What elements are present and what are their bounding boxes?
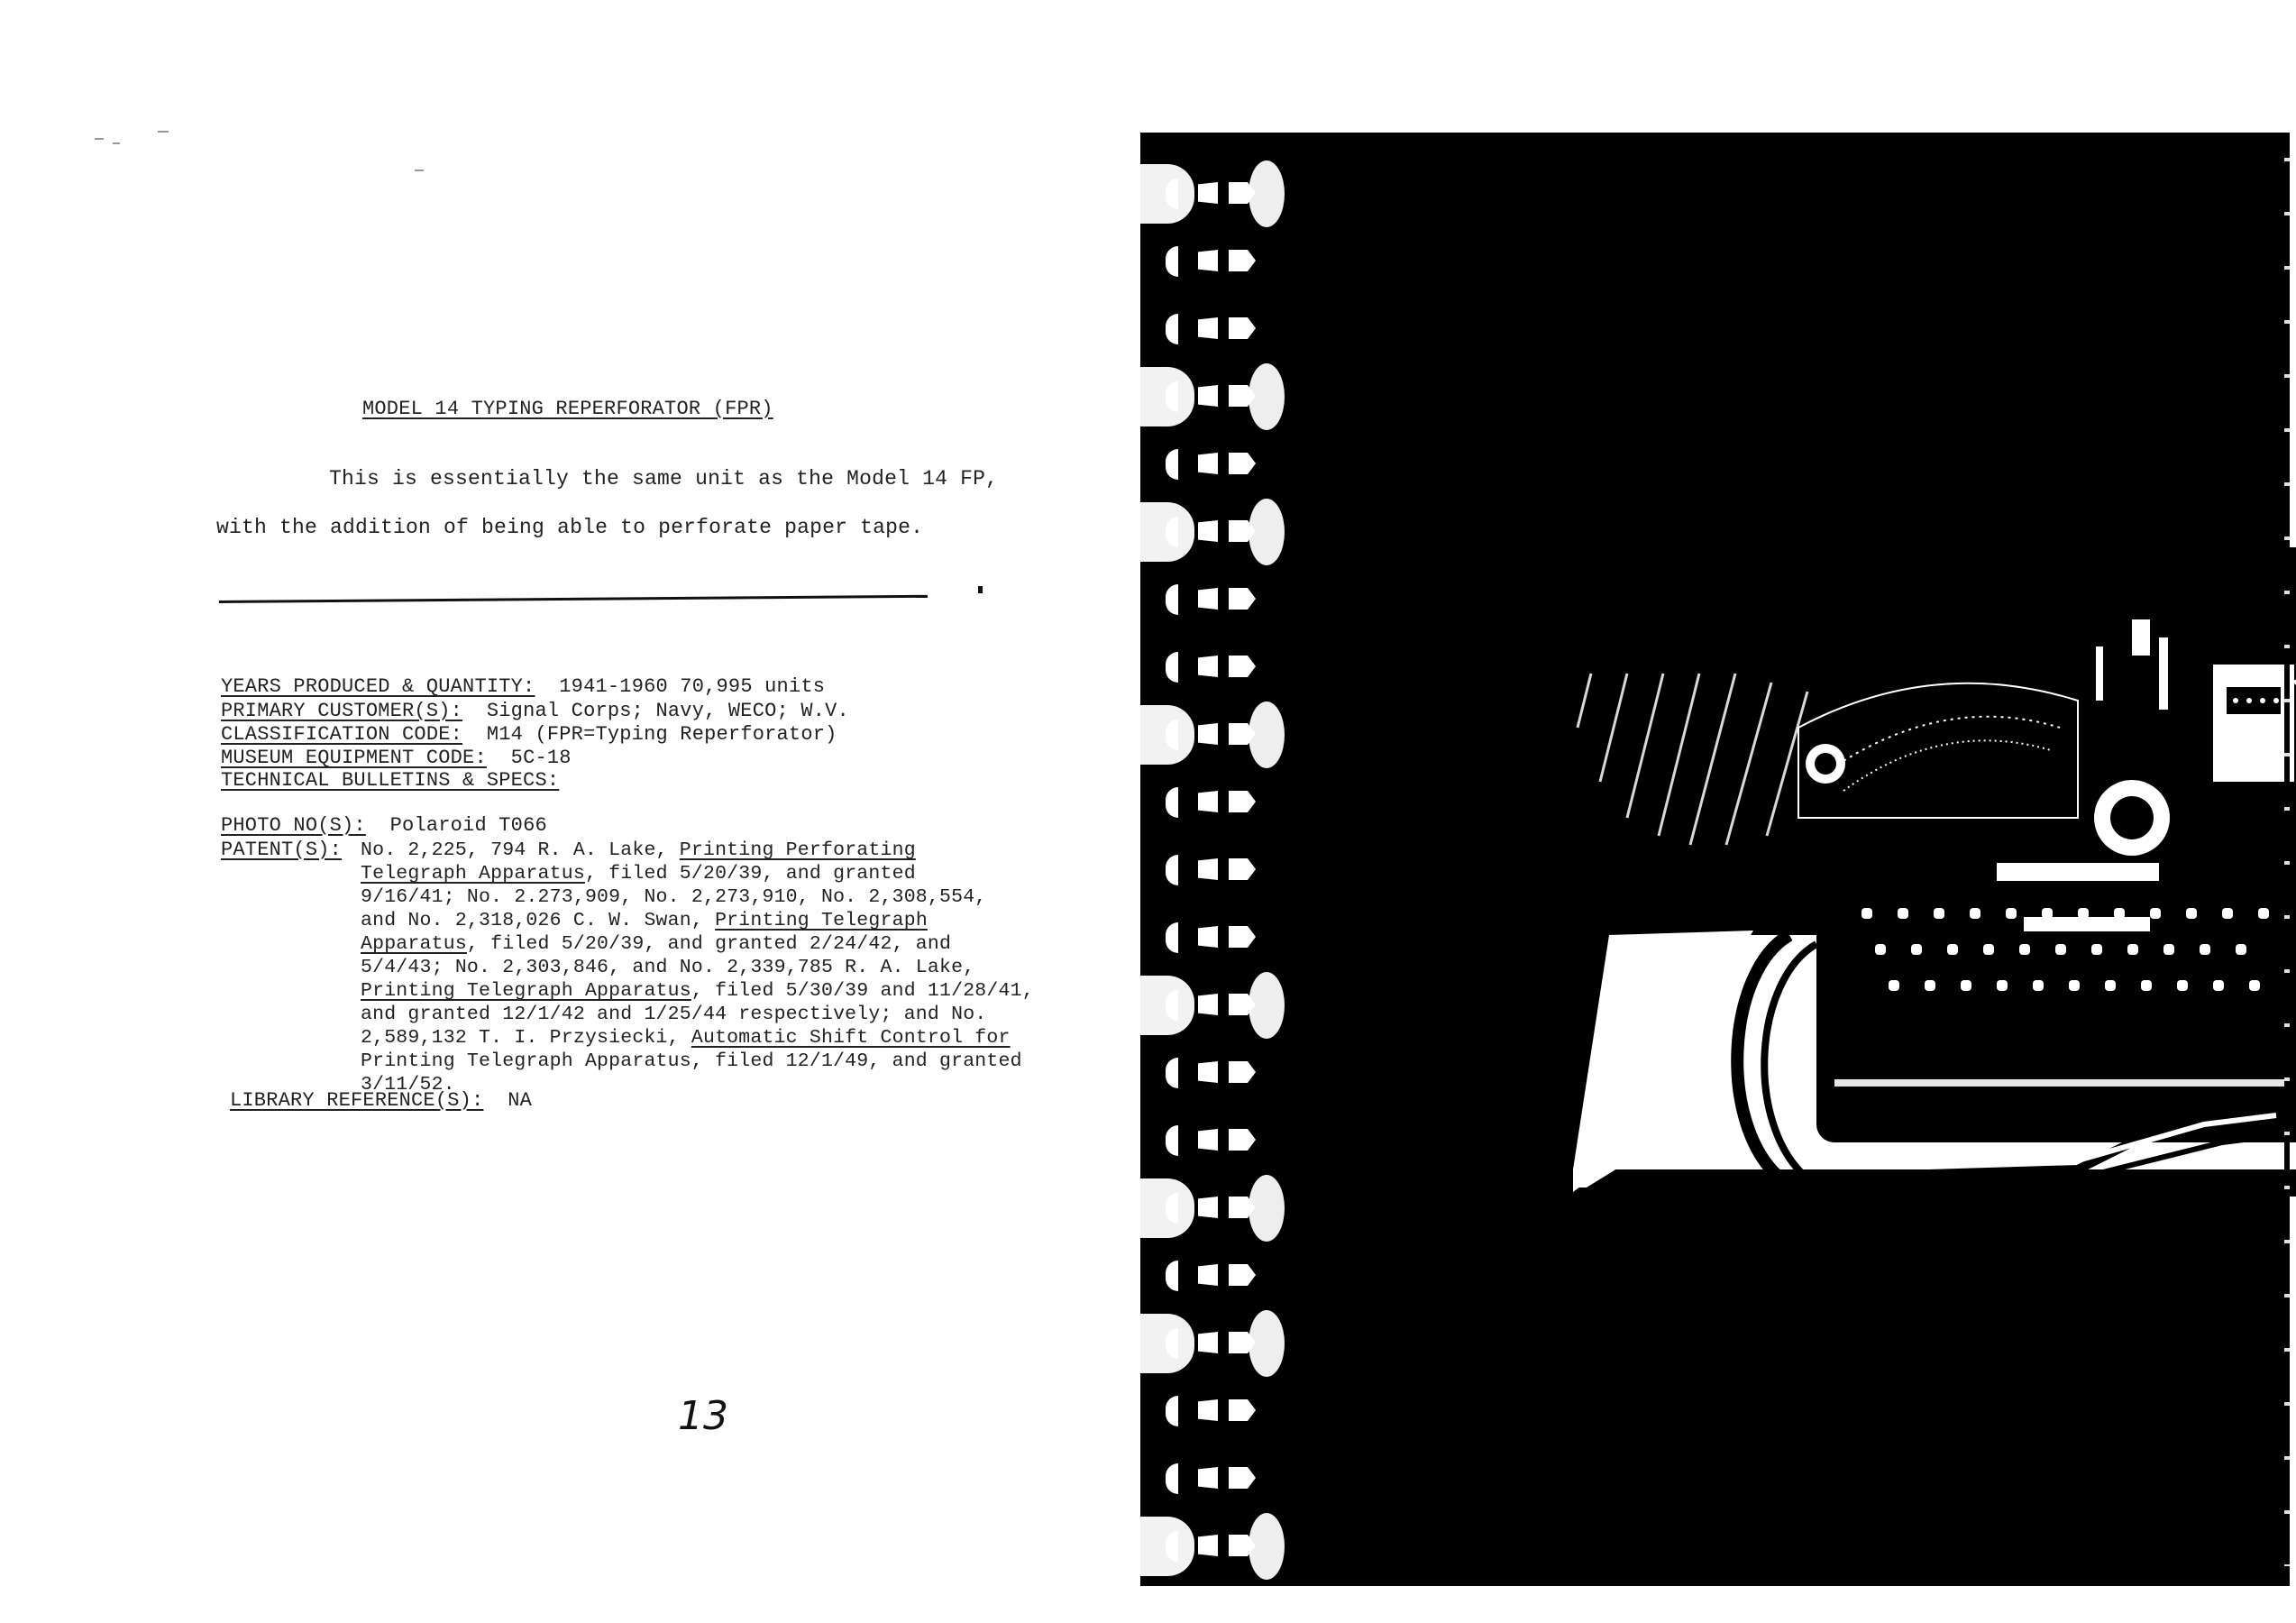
patent-line: 2,589,132 T. I. Przysiecki, Automatic Sh… [361,1026,1011,1050]
document-title: MODEL 14 TYPING REPERFORATOR (FPR) [362,398,773,421]
binding-ring-icon [1166,1526,1265,1567]
scan-edge [2284,142,2290,1566]
binding-ring-icon [1166,376,1265,417]
patent-line: Printing Telegraph Apparatus, filed 5/30… [361,979,1034,1003]
patent-line: 5/4/43; No. 2,303,846, and No. 2,339,785… [361,956,974,979]
binding-ring-icon [1166,308,1265,350]
field-technical-bulletins: TECHNICAL BULLETINS & SPECS: [221,769,559,793]
binding-ring-icon [1166,714,1265,756]
binding-ring-icon [1166,1390,1265,1432]
binding-ring-icon [1166,782,1265,823]
binding-ring-icon [1166,444,1265,485]
photo-page [1140,133,2290,1586]
binding-ring-icon [1166,1323,1265,1364]
typing-reperforator-image [1573,547,2296,1197]
binding-ring-icon [1166,985,1265,1026]
binding-ring-icon [1166,646,1265,688]
binding-ring-icon [1166,849,1265,891]
spiral-binding [1140,133,1285,1586]
field-primary-customer: PRIMARY CUSTOMER(S): Signal Corps; Navy,… [221,700,849,723]
intro-text-line-2: with the addition of being able to perfo… [216,516,923,539]
patents-label: PATENT(S): [221,839,342,862]
patent-line: 9/16/41; No. 2.273,909, No. 2,273,910, N… [361,885,986,909]
document-page: MODEL 14 TYPING REPERFORATOR (FPR) This … [0,0,1163,1587]
binding-ring-icon [1166,1120,1265,1161]
patent-line: Apparatus, filed 5/20/39, and granted 2/… [361,932,951,956]
page-number: 13 [678,1393,728,1439]
binding-ring-icon [1166,917,1265,958]
separator-rule [219,595,928,603]
binding-ring-icon [1166,579,1265,620]
patent-line: and granted 12/1/42 and 1/25/44 respecti… [361,1003,986,1026]
field-museum-equipment-code: MUSEUM EQUIPMENT CODE: 5C-18 [221,747,572,770]
patent-line: No. 2,225, 794 R. A. Lake, Printing Perf… [361,839,916,862]
patent-line: Printing Telegraph Apparatus, filed 12/1… [361,1050,1022,1073]
field-years-produced: YEARS PRODUCED & QUANTITY: 1941-1960 70,… [221,675,825,699]
patent-line: and No. 2,318,026 C. W. Swan, Printing T… [361,909,928,932]
binding-ring-icon [1166,241,1265,282]
ink-mark [978,586,983,593]
binding-ring-icon [1166,1052,1265,1094]
field-photo-numbers: PHOTO NO(S): Polaroid T066 [221,814,547,838]
binding-ring-icon [1166,1458,1265,1499]
field-classification-code: CLASSIFICATION CODE: M14 (FPR=Typing Rep… [221,723,837,747]
patent-line: Telegraph Apparatus, filed 5/20/39, and … [361,862,916,885]
binding-ring-icon [1166,1187,1265,1229]
field-library-reference: LIBRARY REFERENCE(S): NA [230,1089,532,1113]
binding-ring-icon [1166,511,1265,553]
intro-text-line-1: This is essentially the same unit as the… [329,467,998,491]
equipment-photo [1573,547,2296,1197]
binding-ring-icon [1166,1255,1265,1297]
binding-ring-icon [1166,173,1265,215]
